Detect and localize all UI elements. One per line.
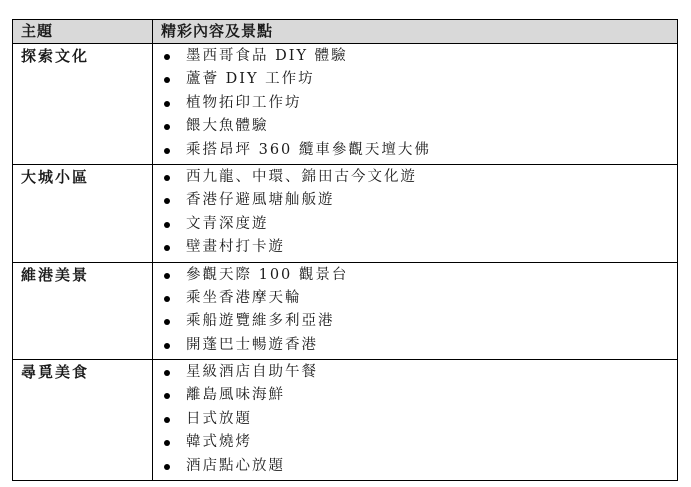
bullet-icon xyxy=(164,393,170,399)
item-text: 文青深度遊 xyxy=(186,216,269,232)
bullet-icon xyxy=(164,273,170,279)
itinerary-table: 主題 精彩內容及景點 探索文化 墨西哥食品 DIY 體驗 蘆薈 DIY 工作坊 … xyxy=(12,19,678,481)
list-item: 韓式燒烤 xyxy=(153,431,677,454)
bullet-icon xyxy=(164,319,170,325)
item-list: 西九龍、中環、錦田古今文化遊 香港仔避風塘舢舨遊 文青深度遊 壁畫村打卡遊 xyxy=(153,165,677,262)
item-list: 星級酒店自助午餐 離島風味海鮮 日式放題 韓式燒烤 酒店點心放題 xyxy=(153,360,677,480)
list-item: 乘坐香港摩天輪 xyxy=(153,287,677,310)
list-item: 乘搭昂坪 360 纜車參觀天壇大佛 xyxy=(153,139,677,162)
list-item: 開蓬巴士暢遊香港 xyxy=(153,334,677,357)
table-row: 探索文化 墨西哥食品 DIY 體驗 蘆薈 DIY 工作坊 植物拓印工作坊 餵大魚… xyxy=(13,44,678,165)
bullet-icon xyxy=(164,175,170,181)
item-text: 開蓬巴士暢遊香港 xyxy=(186,337,318,353)
list-item: 香港仔避風塘舢舨遊 xyxy=(153,189,677,212)
item-text: 植物拓印工作坊 xyxy=(186,95,302,111)
theme-cell: 維港美景 xyxy=(13,262,153,360)
item-text: 壁畫村打卡遊 xyxy=(186,239,285,255)
header-content: 精彩內容及景點 xyxy=(153,20,678,44)
item-text: 香港仔避風塘舢舨遊 xyxy=(186,192,335,208)
bullet-icon xyxy=(164,148,170,154)
list-item: 植物拓印工作坊 xyxy=(153,92,677,115)
content-cell: 西九龍、中環、錦田古今文化遊 香港仔避風塘舢舨遊 文青深度遊 壁畫村打卡遊 xyxy=(153,164,678,262)
bullet-icon xyxy=(164,296,170,302)
list-item: 壁畫村打卡遊 xyxy=(153,236,677,259)
bullet-icon xyxy=(164,198,170,204)
bullet-icon xyxy=(164,440,170,446)
list-item: 離島風味海鮮 xyxy=(153,384,677,407)
list-item: 參觀天際 100 觀景台 xyxy=(153,264,677,287)
theme-cell: 大城小區 xyxy=(13,164,153,262)
list-item: 墨西哥食品 DIY 體驗 xyxy=(153,45,677,68)
item-list: 參觀天際 100 觀景台 乘坐香港摩天輪 乘船遊覽維多利亞港 開蓬巴士暢遊香港 xyxy=(153,263,677,360)
theme-cell: 尋覓美食 xyxy=(13,360,153,481)
item-text: 日式放題 xyxy=(186,411,252,427)
table-row: 尋覓美食 星級酒店自助午餐 離島風味海鮮 日式放題 韓式燒烤 酒店點心放題 xyxy=(13,360,678,481)
list-item: 乘船遊覽維多利亞港 xyxy=(153,310,677,333)
list-item: 酒店點心放題 xyxy=(153,455,677,478)
bullet-icon xyxy=(164,343,170,349)
item-text: 餵大魚體驗 xyxy=(186,118,269,134)
list-item: 西九龍、中環、錦田古今文化遊 xyxy=(153,166,677,189)
list-item: 日式放題 xyxy=(153,408,677,431)
header-theme: 主題 xyxy=(13,20,153,44)
table-row: 維港美景 參觀天際 100 觀景台 乘坐香港摩天輪 乘船遊覽維多利亞港 開蓬巴士… xyxy=(13,262,678,360)
item-text: 乘船遊覽維多利亞港 xyxy=(186,313,335,329)
content-cell: 墨西哥食品 DIY 體驗 蘆薈 DIY 工作坊 植物拓印工作坊 餵大魚體驗 乘搭… xyxy=(153,44,678,165)
item-text: 乘搭昂坪 360 纜車參觀天壇大佛 xyxy=(186,142,431,158)
item-text: 參觀天際 100 觀景台 xyxy=(186,267,348,283)
item-text: 星級酒店自助午餐 xyxy=(186,364,318,380)
bullet-icon xyxy=(164,54,170,60)
list-item: 文青深度遊 xyxy=(153,213,677,236)
item-text: 墨西哥食品 DIY 體驗 xyxy=(186,48,348,64)
bullet-icon xyxy=(164,77,170,83)
item-text: 西九龍、中環、錦田古今文化遊 xyxy=(186,169,417,185)
item-text: 蘆薈 DIY 工作坊 xyxy=(186,71,315,87)
bullet-icon xyxy=(164,370,170,376)
list-item: 星級酒店自助午餐 xyxy=(153,361,677,384)
list-item: 餵大魚體驗 xyxy=(153,115,677,138)
bullet-icon xyxy=(164,464,170,470)
item-text: 離島風味海鮮 xyxy=(186,387,285,403)
item-list: 墨西哥食品 DIY 體驗 蘆薈 DIY 工作坊 植物拓印工作坊 餵大魚體驗 乘搭… xyxy=(153,44,677,164)
table-row: 大城小區 西九龍、中環、錦田古今文化遊 香港仔避風塘舢舨遊 文青深度遊 壁畫村打… xyxy=(13,164,678,262)
bullet-icon xyxy=(164,101,170,107)
bullet-icon xyxy=(164,124,170,130)
list-item: 蘆薈 DIY 工作坊 xyxy=(153,68,677,91)
bullet-icon xyxy=(164,245,170,251)
item-text: 酒店點心放題 xyxy=(186,458,285,474)
item-text: 乘坐香港摩天輪 xyxy=(186,290,302,306)
bullet-icon xyxy=(164,222,170,228)
content-cell: 參觀天際 100 觀景台 乘坐香港摩天輪 乘船遊覽維多利亞港 開蓬巴士暢遊香港 xyxy=(153,262,678,360)
header-row: 主題 精彩內容及景點 xyxy=(13,20,678,44)
bullet-icon xyxy=(164,417,170,423)
item-text: 韓式燒烤 xyxy=(186,434,252,450)
theme-cell: 探索文化 xyxy=(13,44,153,165)
content-cell: 星級酒店自助午餐 離島風味海鮮 日式放題 韓式燒烤 酒店點心放題 xyxy=(153,360,678,481)
